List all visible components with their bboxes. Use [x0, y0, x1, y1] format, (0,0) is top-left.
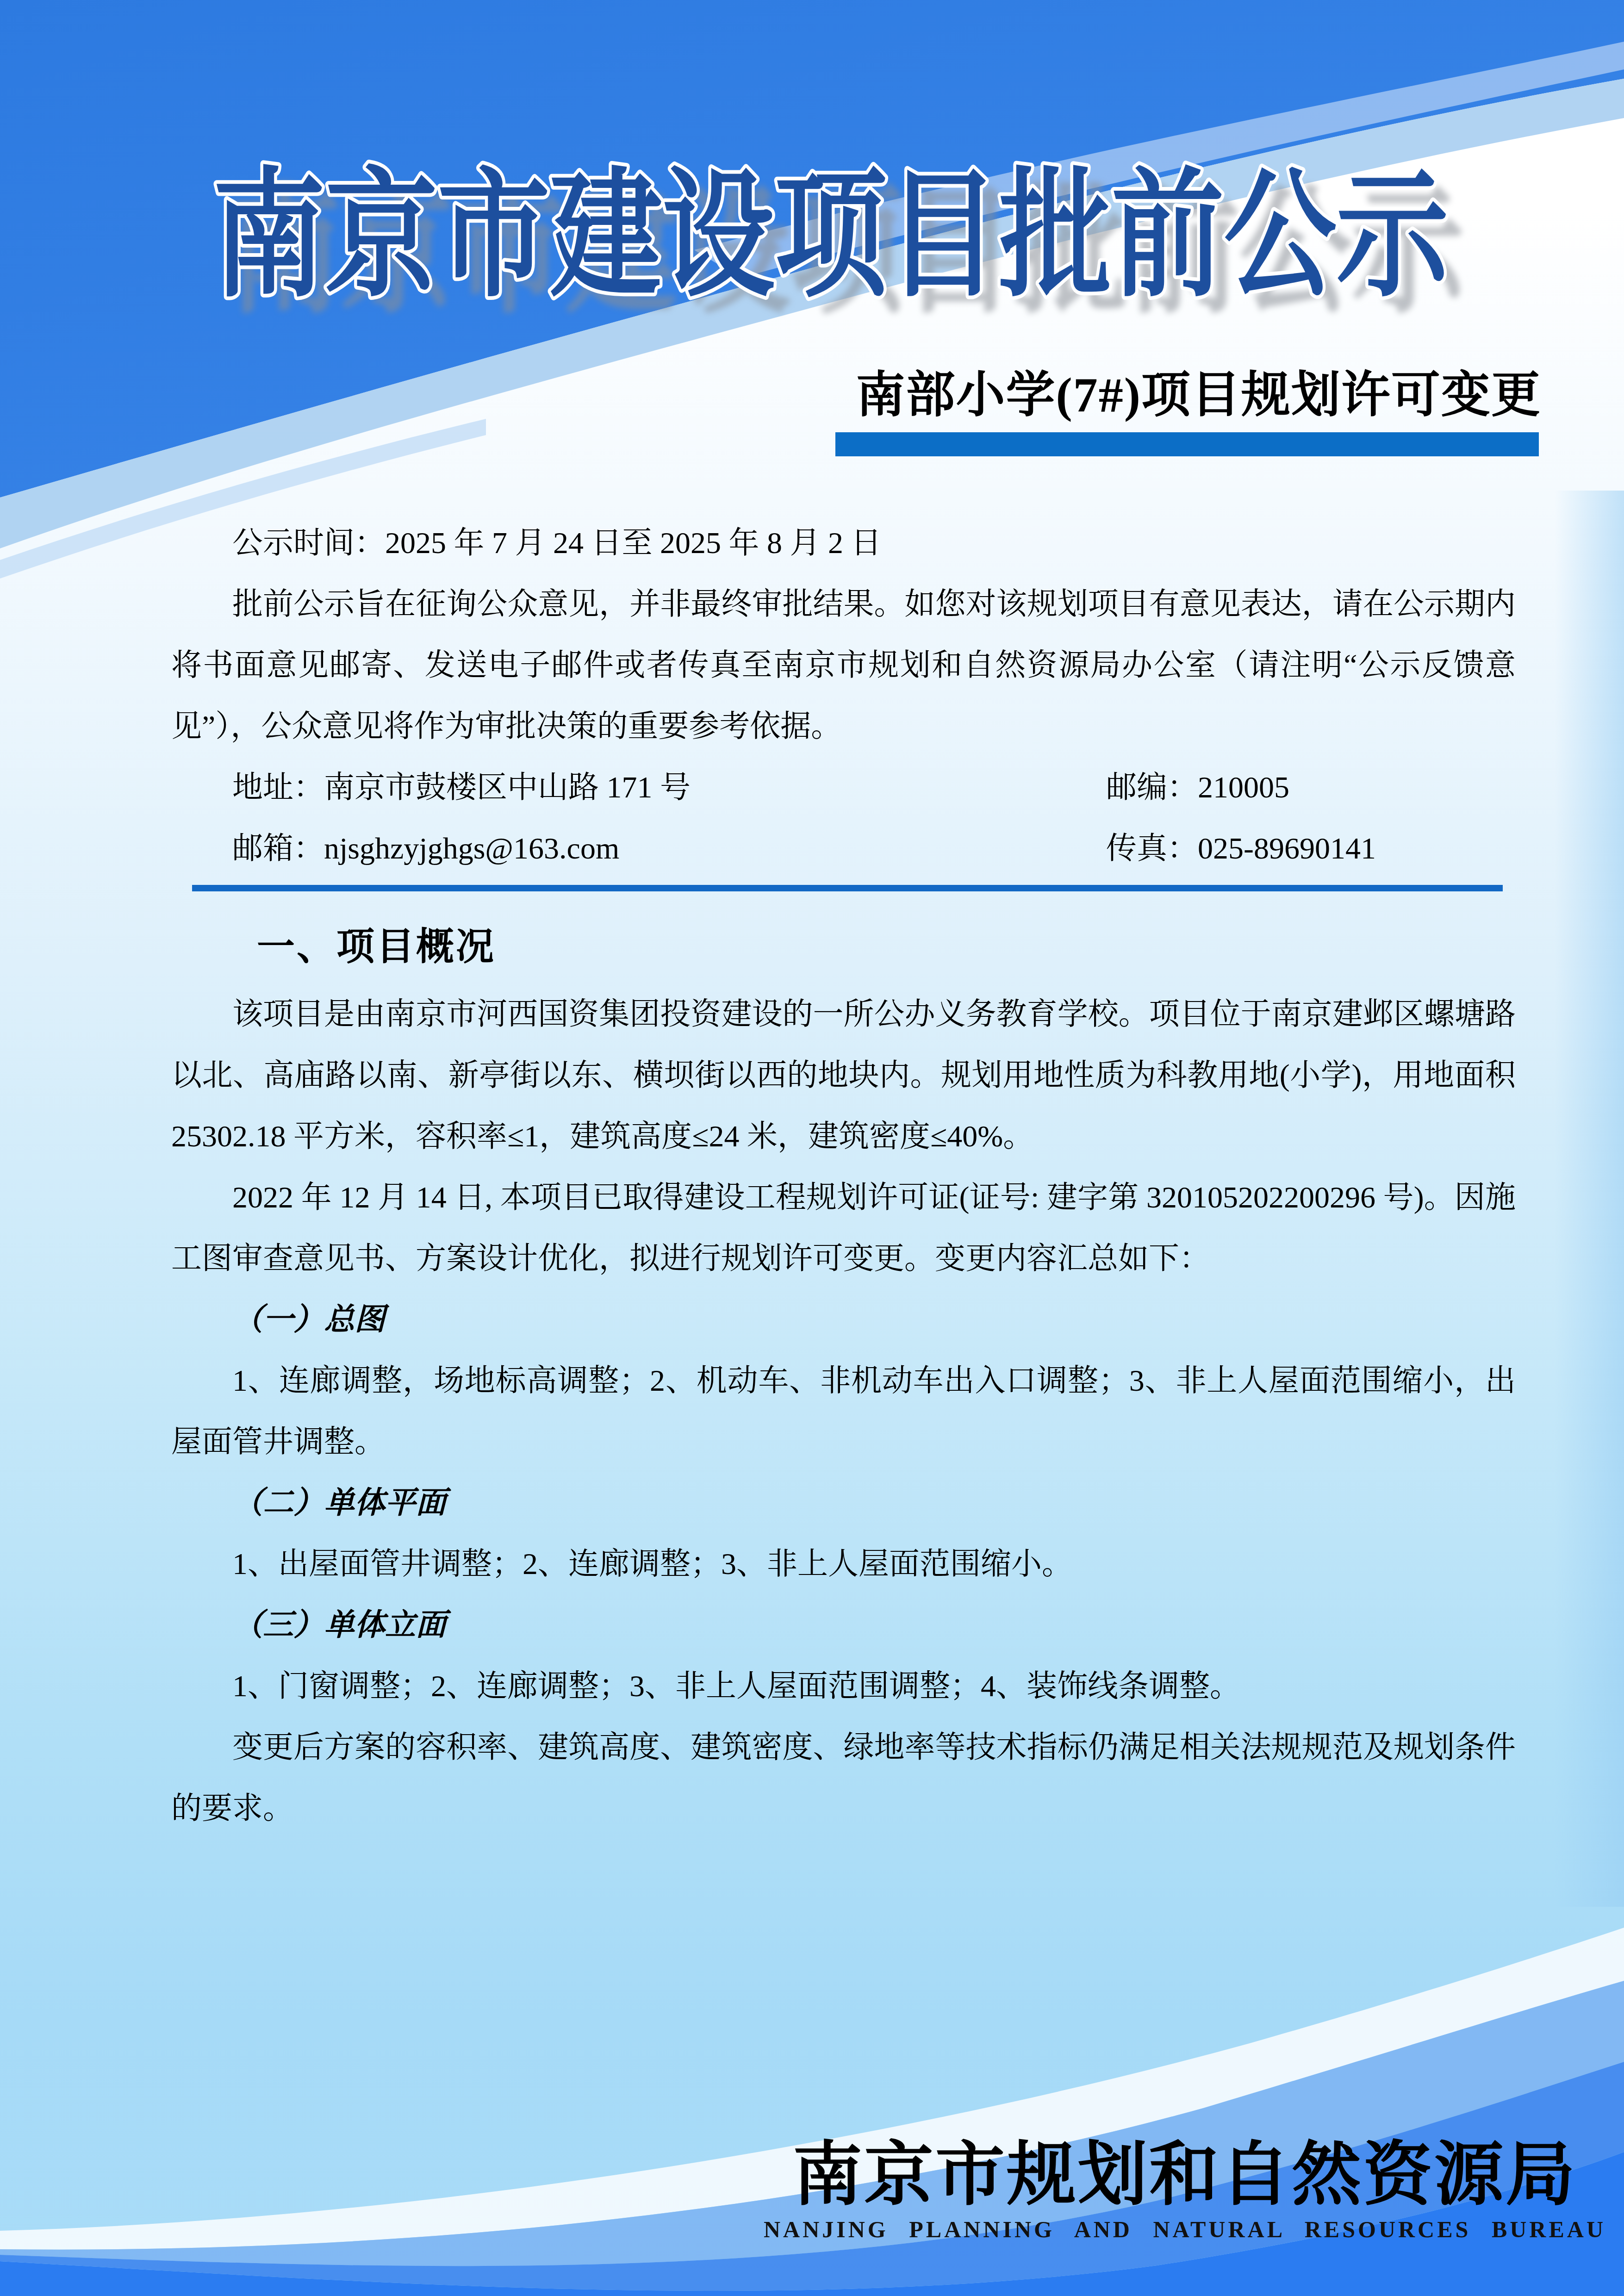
- subsection-list-1: 1、连廊调整，场地标高调整；2、机动车、非机动车出入口调整；3、非上人屋面范围缩…: [171, 1350, 1516, 1473]
- footer-org-name-en: NANJING PLANNING AND NATURAL RESOURCES B…: [710, 2216, 1624, 2243]
- page-title: 南京市建设项目批前公示: [213, 160, 1450, 313]
- overview-paragraph-1: 该项目是由南京市河西国资集团投资建设的一所公办义务教育学校。项目位于南京建邺区螺…: [171, 984, 1516, 1167]
- right-edge-gradient: [1555, 491, 1624, 1907]
- contact-fax: 传真：025-89690141: [1106, 818, 1376, 879]
- subsection-heading-3: （三）单体立面: [171, 1595, 1516, 1656]
- contact-email: 邮箱：njsghzyjghgs@163.com: [232, 832, 619, 865]
- contact-address: 地址：南京市鼓楼区中山路 171 号: [232, 771, 691, 804]
- footer-org-name-cn: 南京市规划和自然资源局: [710, 2137, 1624, 2214]
- subtitle-underline-bar: [835, 432, 1539, 456]
- project-subtitle: 南部小学(7#)项目规划许可变更: [602, 355, 1541, 426]
- subsection-heading-1: （一）总图: [171, 1289, 1516, 1350]
- subsection-heading-2: （二）单体平面: [171, 1473, 1516, 1534]
- notice-body: 公示时间：2025 年 7 月 24 日至 2025 年 8 月 2 日 批前公…: [171, 513, 1516, 1839]
- section-heading: 一、项目概况: [171, 915, 1516, 979]
- header-banner: 南京市建设项目批前公示 南京市建设项目批前公示: [0, 0, 1624, 579]
- overview-paragraph-2: 2022 年 12 月 14 日, 本项目已取得建设工程规划许可证(证号: 建字…: [171, 1167, 1516, 1289]
- overview-closing: 变更后方案的容积率、建筑高度、建筑密度、绿地率等技术指标仍满足相关法规规范及规划…: [171, 1717, 1516, 1839]
- subsection-list-3: 1、门窗调整；2、连廊调整；3、非上人屋面范围调整；4、装饰线条调整。: [171, 1656, 1516, 1717]
- subsection-list-2: 1、出屋面管井调整；2、连廊调整；3、非上人屋面范围缩小。: [171, 1534, 1516, 1595]
- notice-period: 公示时间：2025 年 7 月 24 日至 2025 年 8 月 2 日: [171, 513, 1516, 574]
- contact-row-email: 邮箱：njsghzyjghgs@163.com 传真：025-89690141: [171, 818, 1516, 879]
- section-divider-line: [192, 885, 1503, 891]
- contact-postcode: 邮编：210005: [1106, 757, 1289, 818]
- contact-row-address: 地址：南京市鼓楼区中山路 171 号 邮编：210005: [171, 757, 1516, 818]
- notice-intro: 批前公示旨在征询公众意见，并非最终审批结果。如您对该规划项目有意见表达，请在公示…: [171, 574, 1516, 757]
- notice-poster: 南京市建设项目批前公示 南京市建设项目批前公示 南部小学(7#)项目规划许可变更…: [0, 0, 1624, 2296]
